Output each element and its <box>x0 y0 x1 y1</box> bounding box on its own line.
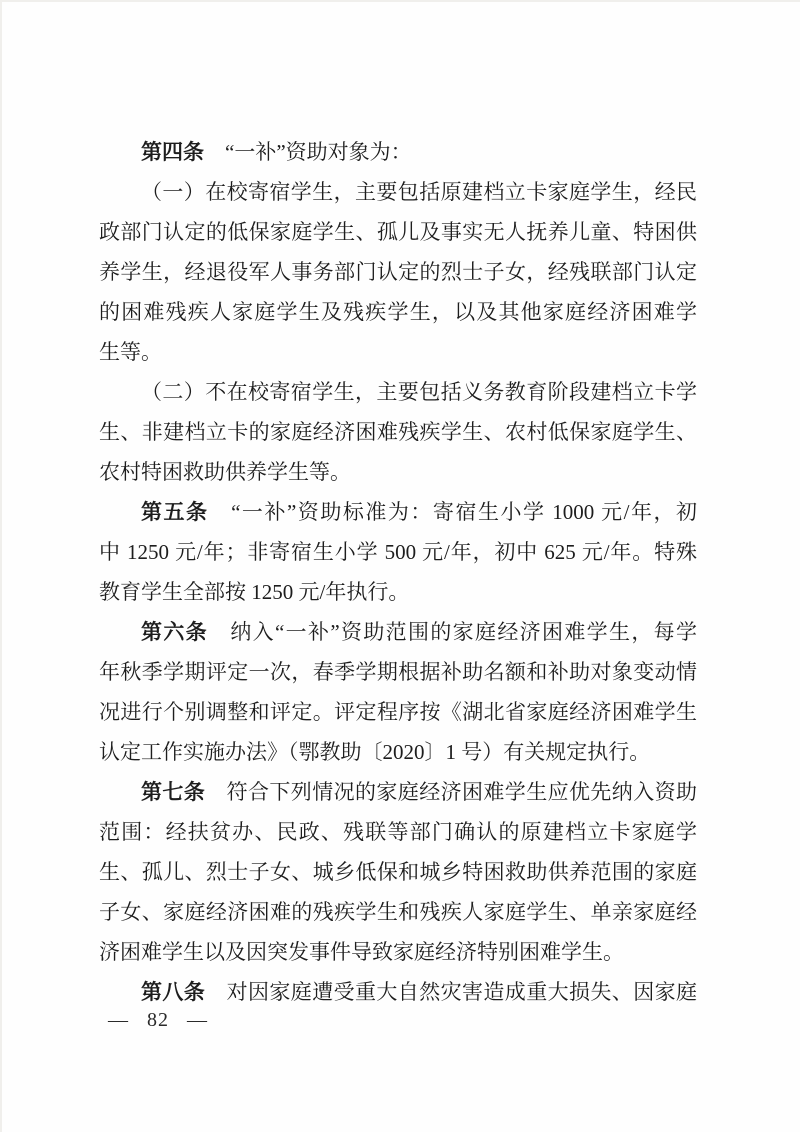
document-line: 范围：经扶贫办、民政、残联等部门确认的原建档立卡家庭学 <box>99 812 697 852</box>
line-text: 年秋季学期评定一次，春季学期根据补助名额和补助对象变动情 <box>99 660 697 684</box>
line-text: 纳入“一补”资助范围的家庭经济困难学生，每学 <box>208 620 697 644</box>
document-line: 第六条 纳入“一补”资助范围的家庭经济困难学生，每学 <box>99 612 697 652</box>
document-line: 年秋季学期评定一次，春季学期根据补助名额和补助对象变动情 <box>99 652 697 692</box>
document-line: 第七条 符合下列情况的家庭经济困难学生应优先纳入资助 <box>99 772 697 812</box>
line-text: 子女、家庭经济困难的残疾学生和残疾人家庭学生、单亲家庭经 <box>99 900 697 924</box>
line-text: 农村特困救助供养学生等。 <box>99 460 351 484</box>
line-text: 认定工作实施办法》（鄂教助〔2020〕1 号）有关规定执行。 <box>99 740 650 764</box>
document-line: 生、孤儿、烈士子女、城乡低保和城乡特困救助供养范围的家庭 <box>99 852 697 892</box>
line-text: 济困难学生以及因突发事件导致家庭经济特别困难学生。 <box>99 940 624 964</box>
line-text: 政部门认定的低保家庭学生、孤儿及事实无人抚养儿童、特困供 <box>99 220 697 244</box>
article-label: 第八条 <box>141 980 205 1004</box>
document-line: 养学生，经退役军人事务部门认定的烈士子女，经残联部门认定 <box>99 252 697 292</box>
line-text: 范围：经扶贫办、民政、残联等部门确认的原建档立卡家庭学 <box>99 820 697 844</box>
line-text: 符合下列情况的家庭经济困难学生应优先纳入资助 <box>205 780 697 804</box>
line-text: “一补”资助对象为： <box>204 140 412 164</box>
article-label: 第五条 <box>141 500 209 524</box>
document-line: 生、非建档立卡的家庭经济困难残疾学生、农村低保家庭学生、 <box>99 412 697 452</box>
document-page: 第四条 “一补”资助对象为：（一）在校寄宿学生，主要包括原建档立卡家庭学生，经民… <box>0 0 800 1132</box>
document-line: 中 1250 元/年；非寄宿生小学 500 元/年，初中 625 元/年。特殊 <box>99 532 697 572</box>
document-line: 政部门认定的低保家庭学生、孤儿及事实无人抚养儿童、特困供 <box>99 212 697 252</box>
article-label: 第七条 <box>141 780 205 804</box>
document-line: （二）不在校寄宿学生，主要包括义务教育阶段建档立卡学 <box>99 372 697 412</box>
line-text: “一补”资助标准为：寄宿生小学 1000 元/年，初 <box>209 500 697 524</box>
line-text: 生等。 <box>99 340 162 364</box>
document-line: （一）在校寄宿学生，主要包括原建档立卡家庭学生，经民 <box>99 172 697 212</box>
document-line: 农村特困救助供养学生等。 <box>99 452 697 492</box>
line-text: 养学生，经退役军人事务部门认定的烈士子女，经残联部门认定 <box>99 260 697 284</box>
page-number: — 82 — <box>108 1006 208 1034</box>
line-text: 中 1250 元/年；非寄宿生小学 500 元/年，初中 625 元/年。特殊 <box>99 540 697 564</box>
line-text: （二）不在校寄宿学生，主要包括义务教育阶段建档立卡学 <box>141 380 697 404</box>
article-label: 第六条 <box>141 620 208 644</box>
article-label: 第四条 <box>141 140 204 164</box>
document-line: 认定工作实施办法》（鄂教助〔2020〕1 号）有关规定执行。 <box>99 732 697 772</box>
document-line: 济困难学生以及因突发事件导致家庭经济特别困难学生。 <box>99 932 697 972</box>
line-text: 对因家庭遭受重大自然灾害造成重大损失、因家庭 <box>205 980 697 1004</box>
document-line: 第四条 “一补”资助对象为： <box>99 132 697 172</box>
line-text: 的困难残疾人家庭学生及残疾学生，以及其他家庭经济困难学 <box>99 300 697 324</box>
line-text: （一）在校寄宿学生，主要包括原建档立卡家庭学生，经民 <box>141 180 697 204</box>
document-line: 况进行个别调整和评定。评定程序按《湖北省家庭经济困难学生 <box>99 692 697 732</box>
document-line: 的困难残疾人家庭学生及残疾学生，以及其他家庭经济困难学 <box>99 292 697 332</box>
document-line: 生等。 <box>99 332 697 372</box>
document-line: 教育学生全部按 1250 元/年执行。 <box>99 572 697 612</box>
line-text: 教育学生全部按 1250 元/年执行。 <box>99 580 409 604</box>
document-line: 第五条 “一补”资助标准为：寄宿生小学 1000 元/年，初 <box>99 492 697 532</box>
line-text: 生、孤儿、烈士子女、城乡低保和城乡特困救助供养范围的家庭 <box>99 860 697 884</box>
line-text: 生、非建档立卡的家庭经济困难残疾学生、农村低保家庭学生、 <box>99 420 697 444</box>
line-text: 况进行个别调整和评定。评定程序按《湖北省家庭经济困难学生 <box>99 700 697 724</box>
document-line: 子女、家庭经济困难的残疾学生和残疾人家庭学生、单亲家庭经 <box>99 892 697 932</box>
document-body: 第四条 “一补”资助对象为：（一）在校寄宿学生，主要包括原建档立卡家庭学生，经民… <box>99 132 697 1012</box>
